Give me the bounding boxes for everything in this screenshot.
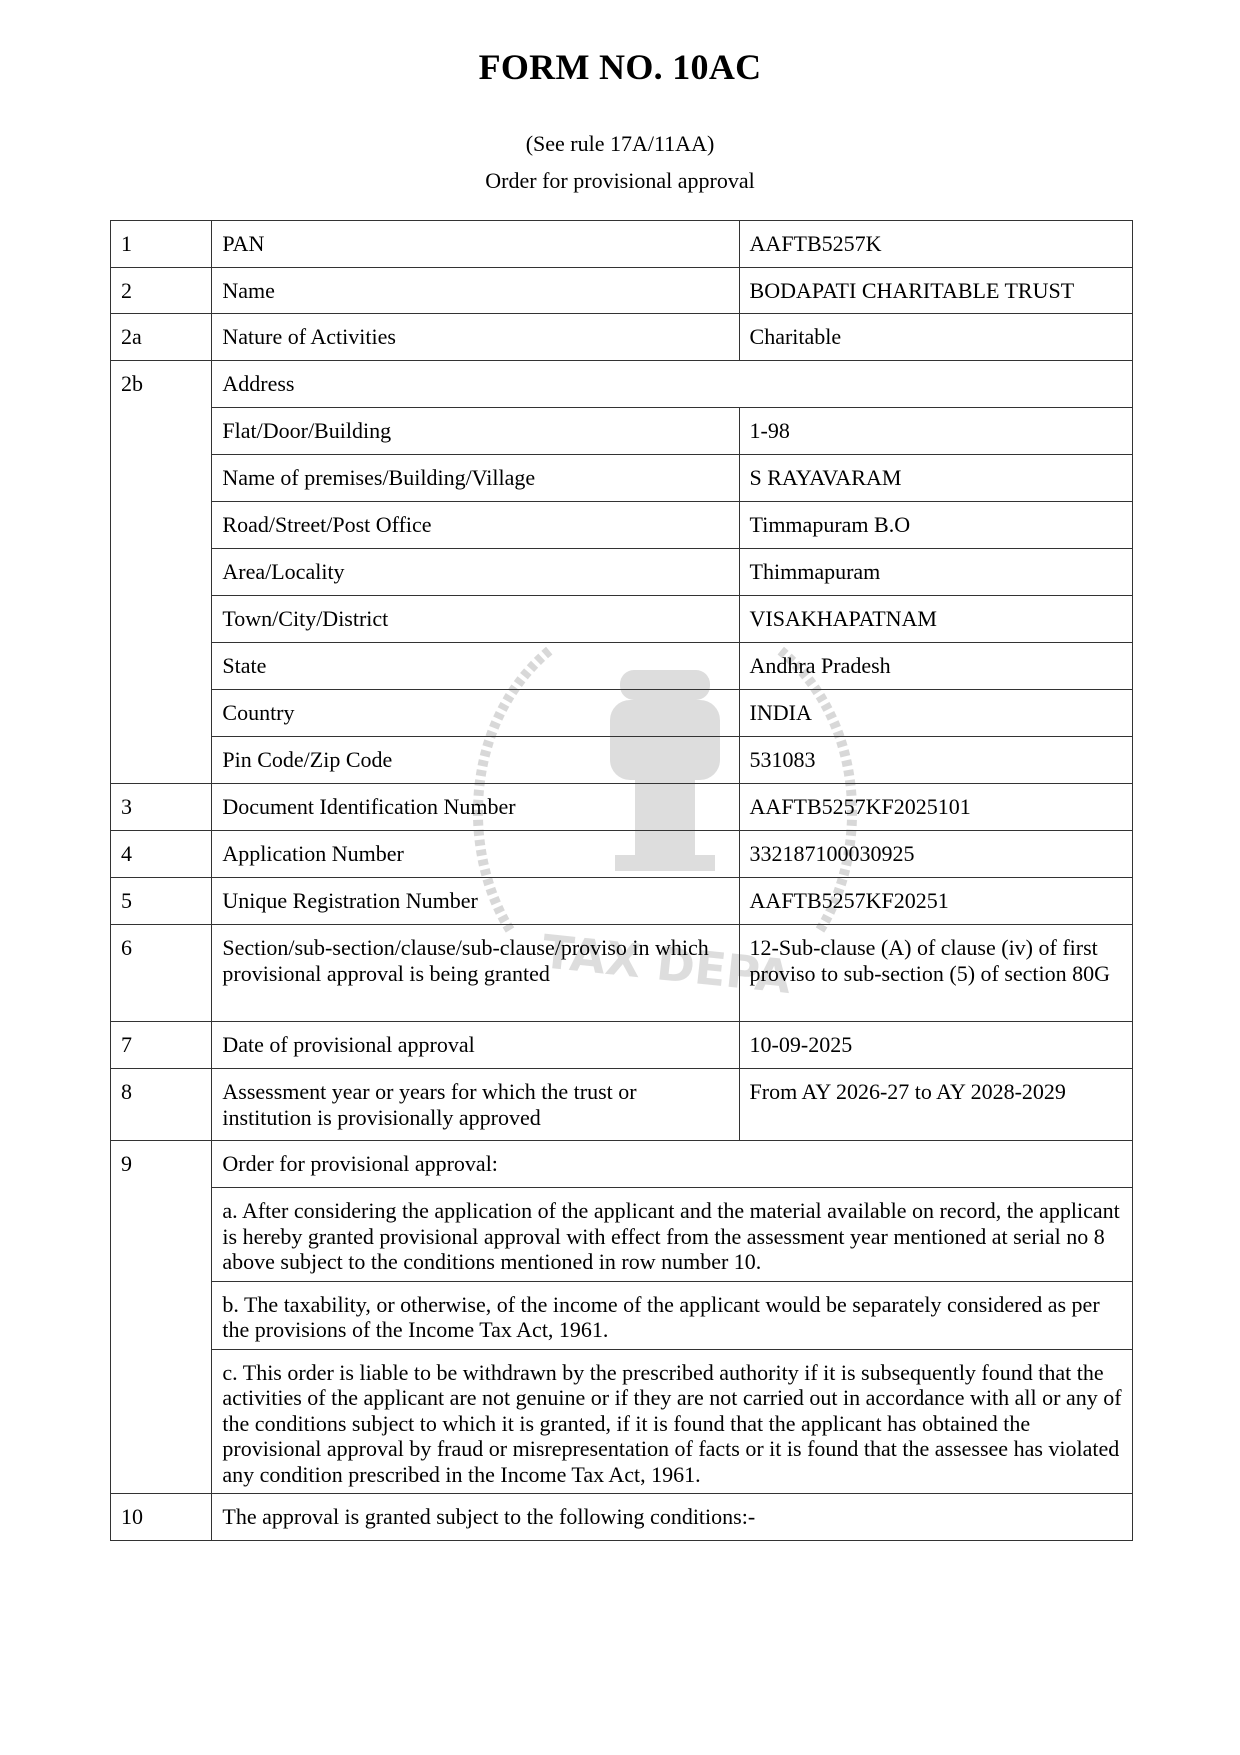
row-number: 2b [111, 361, 212, 784]
row-assessment-year: 8 Assessment year or years for which the… [111, 1069, 1133, 1141]
address-label: Country [212, 690, 739, 737]
row-label: The approval is granted subject to the f… [212, 1494, 1133, 1541]
row-label: Document Identification Number [212, 784, 739, 831]
row-nature: 2a Nature of Activities Charitable [111, 314, 1133, 361]
address-value: 531083 [739, 737, 1132, 784]
order-paragraph: b. The taxability, or otherwise, of the … [212, 1281, 1133, 1349]
row-number: 7 [111, 1022, 212, 1069]
row-label: Section/sub-section/clause/sub-clause/pr… [212, 925, 739, 1022]
row-number: 8 [111, 1069, 212, 1141]
row-number: 5 [111, 878, 212, 925]
application-value: 332187100030925 [739, 831, 1132, 878]
row-number: 1 [111, 221, 212, 268]
address-label: State [212, 643, 739, 690]
row-pan: 1 PAN AAFTB5257K [111, 221, 1133, 268]
address-label: Town/City/District [212, 596, 739, 643]
address-field: Road/Street/Post Office Timmapuram B.O [111, 502, 1133, 549]
address-field: Pin Code/Zip Code 531083 [111, 737, 1133, 784]
row-number: 10 [111, 1494, 212, 1541]
row-name: 2 Name BODAPATI CHARITABLE TRUST [111, 268, 1133, 314]
row-label: Name [212, 268, 739, 314]
pan-value: AAFTB5257K [739, 221, 1132, 268]
form-subtitle: Order for provisional approval [0, 168, 1240, 194]
row-label: Nature of Activities [212, 314, 739, 361]
address-field: Name of premises/Building/Village S RAYA… [111, 455, 1133, 502]
address-field: Country INDIA [111, 690, 1133, 737]
row-number: 6 [111, 925, 212, 1022]
order-paragraph-a: a. After considering the application of … [111, 1188, 1133, 1282]
address-field: Town/City/District VISAKHAPATNAM [111, 596, 1133, 643]
address-value: 1-98 [739, 408, 1132, 455]
row-number: 4 [111, 831, 212, 878]
row-label: Address [212, 361, 1133, 408]
row-label: Application Number [212, 831, 739, 878]
row-address: 2b Address [111, 361, 1133, 408]
row-din: 3 Document Identification Number AAFTB52… [111, 784, 1133, 831]
row-conditions: 10 The approval is granted subject to th… [111, 1494, 1133, 1541]
order-paragraph-c: c. This order is liable to be withdrawn … [111, 1349, 1133, 1494]
nature-value: Charitable [739, 314, 1132, 361]
address-label: Pin Code/Zip Code [212, 737, 739, 784]
row-label: Unique Registration Number [212, 878, 739, 925]
date-value: 10-09-2025 [739, 1022, 1132, 1069]
address-field: State Andhra Pradesh [111, 643, 1133, 690]
row-application: 4 Application Number 332187100030925 [111, 831, 1133, 878]
row-label: PAN [212, 221, 739, 268]
urn-value: AAFTB5257KF20251 [739, 878, 1132, 925]
address-label: Area/Locality [212, 549, 739, 596]
row-urn: 5 Unique Registration Number AAFTB5257KF… [111, 878, 1133, 925]
address-label: Name of premises/Building/Village [212, 455, 739, 502]
address-label: Flat/Door/Building [212, 408, 739, 455]
row-section: 6 Section/sub-section/clause/sub-clause/… [111, 925, 1133, 1022]
address-value: VISAKHAPATNAM [739, 596, 1132, 643]
order-paragraph: a. After considering the application of … [212, 1188, 1133, 1282]
address-value: Andhra Pradesh [739, 643, 1132, 690]
address-value: Timmapuram B.O [739, 502, 1132, 549]
address-label: Road/Street/Post Office [212, 502, 739, 549]
assessment-year-value: From AY 2026-27 to AY 2028-2029 [739, 1069, 1132, 1141]
address-value: Thimmapuram [739, 549, 1132, 596]
approval-table: 1 PAN AAFTB5257K 2 Name BODAPATI CHARITA… [110, 220, 1133, 1541]
address-field: Flat/Door/Building 1-98 [111, 408, 1133, 455]
rule-reference: (See rule 17A/11AA) [0, 131, 1240, 157]
row-label: Order for provisional approval: [212, 1141, 1133, 1188]
row-number: 2 [111, 268, 212, 314]
order-paragraph-b: b. The taxability, or otherwise, of the … [111, 1281, 1133, 1349]
row-number: 9 [111, 1141, 212, 1494]
row-label: Date of provisional approval [212, 1022, 739, 1069]
form-title: FORM NO. 10AC [0, 46, 1240, 88]
name-value: BODAPATI CHARITABLE TRUST [739, 268, 1132, 314]
row-order: 9 Order for provisional approval: [111, 1141, 1133, 1188]
row-number: 3 [111, 784, 212, 831]
din-value: AAFTB5257KF2025101 [739, 784, 1132, 831]
row-label: Assessment year or years for which the t… [212, 1069, 739, 1141]
section-value: 12-Sub-clause (A) of clause (iv) of firs… [739, 925, 1132, 1022]
address-field: Area/Locality Thimmapuram [111, 549, 1133, 596]
address-value: S RAYAVARAM [739, 455, 1132, 502]
order-paragraph: c. This order is liable to be withdrawn … [212, 1349, 1133, 1494]
row-number: 2a [111, 314, 212, 361]
address-value: INDIA [739, 690, 1132, 737]
row-date: 7 Date of provisional approval 10-09-202… [111, 1022, 1133, 1069]
